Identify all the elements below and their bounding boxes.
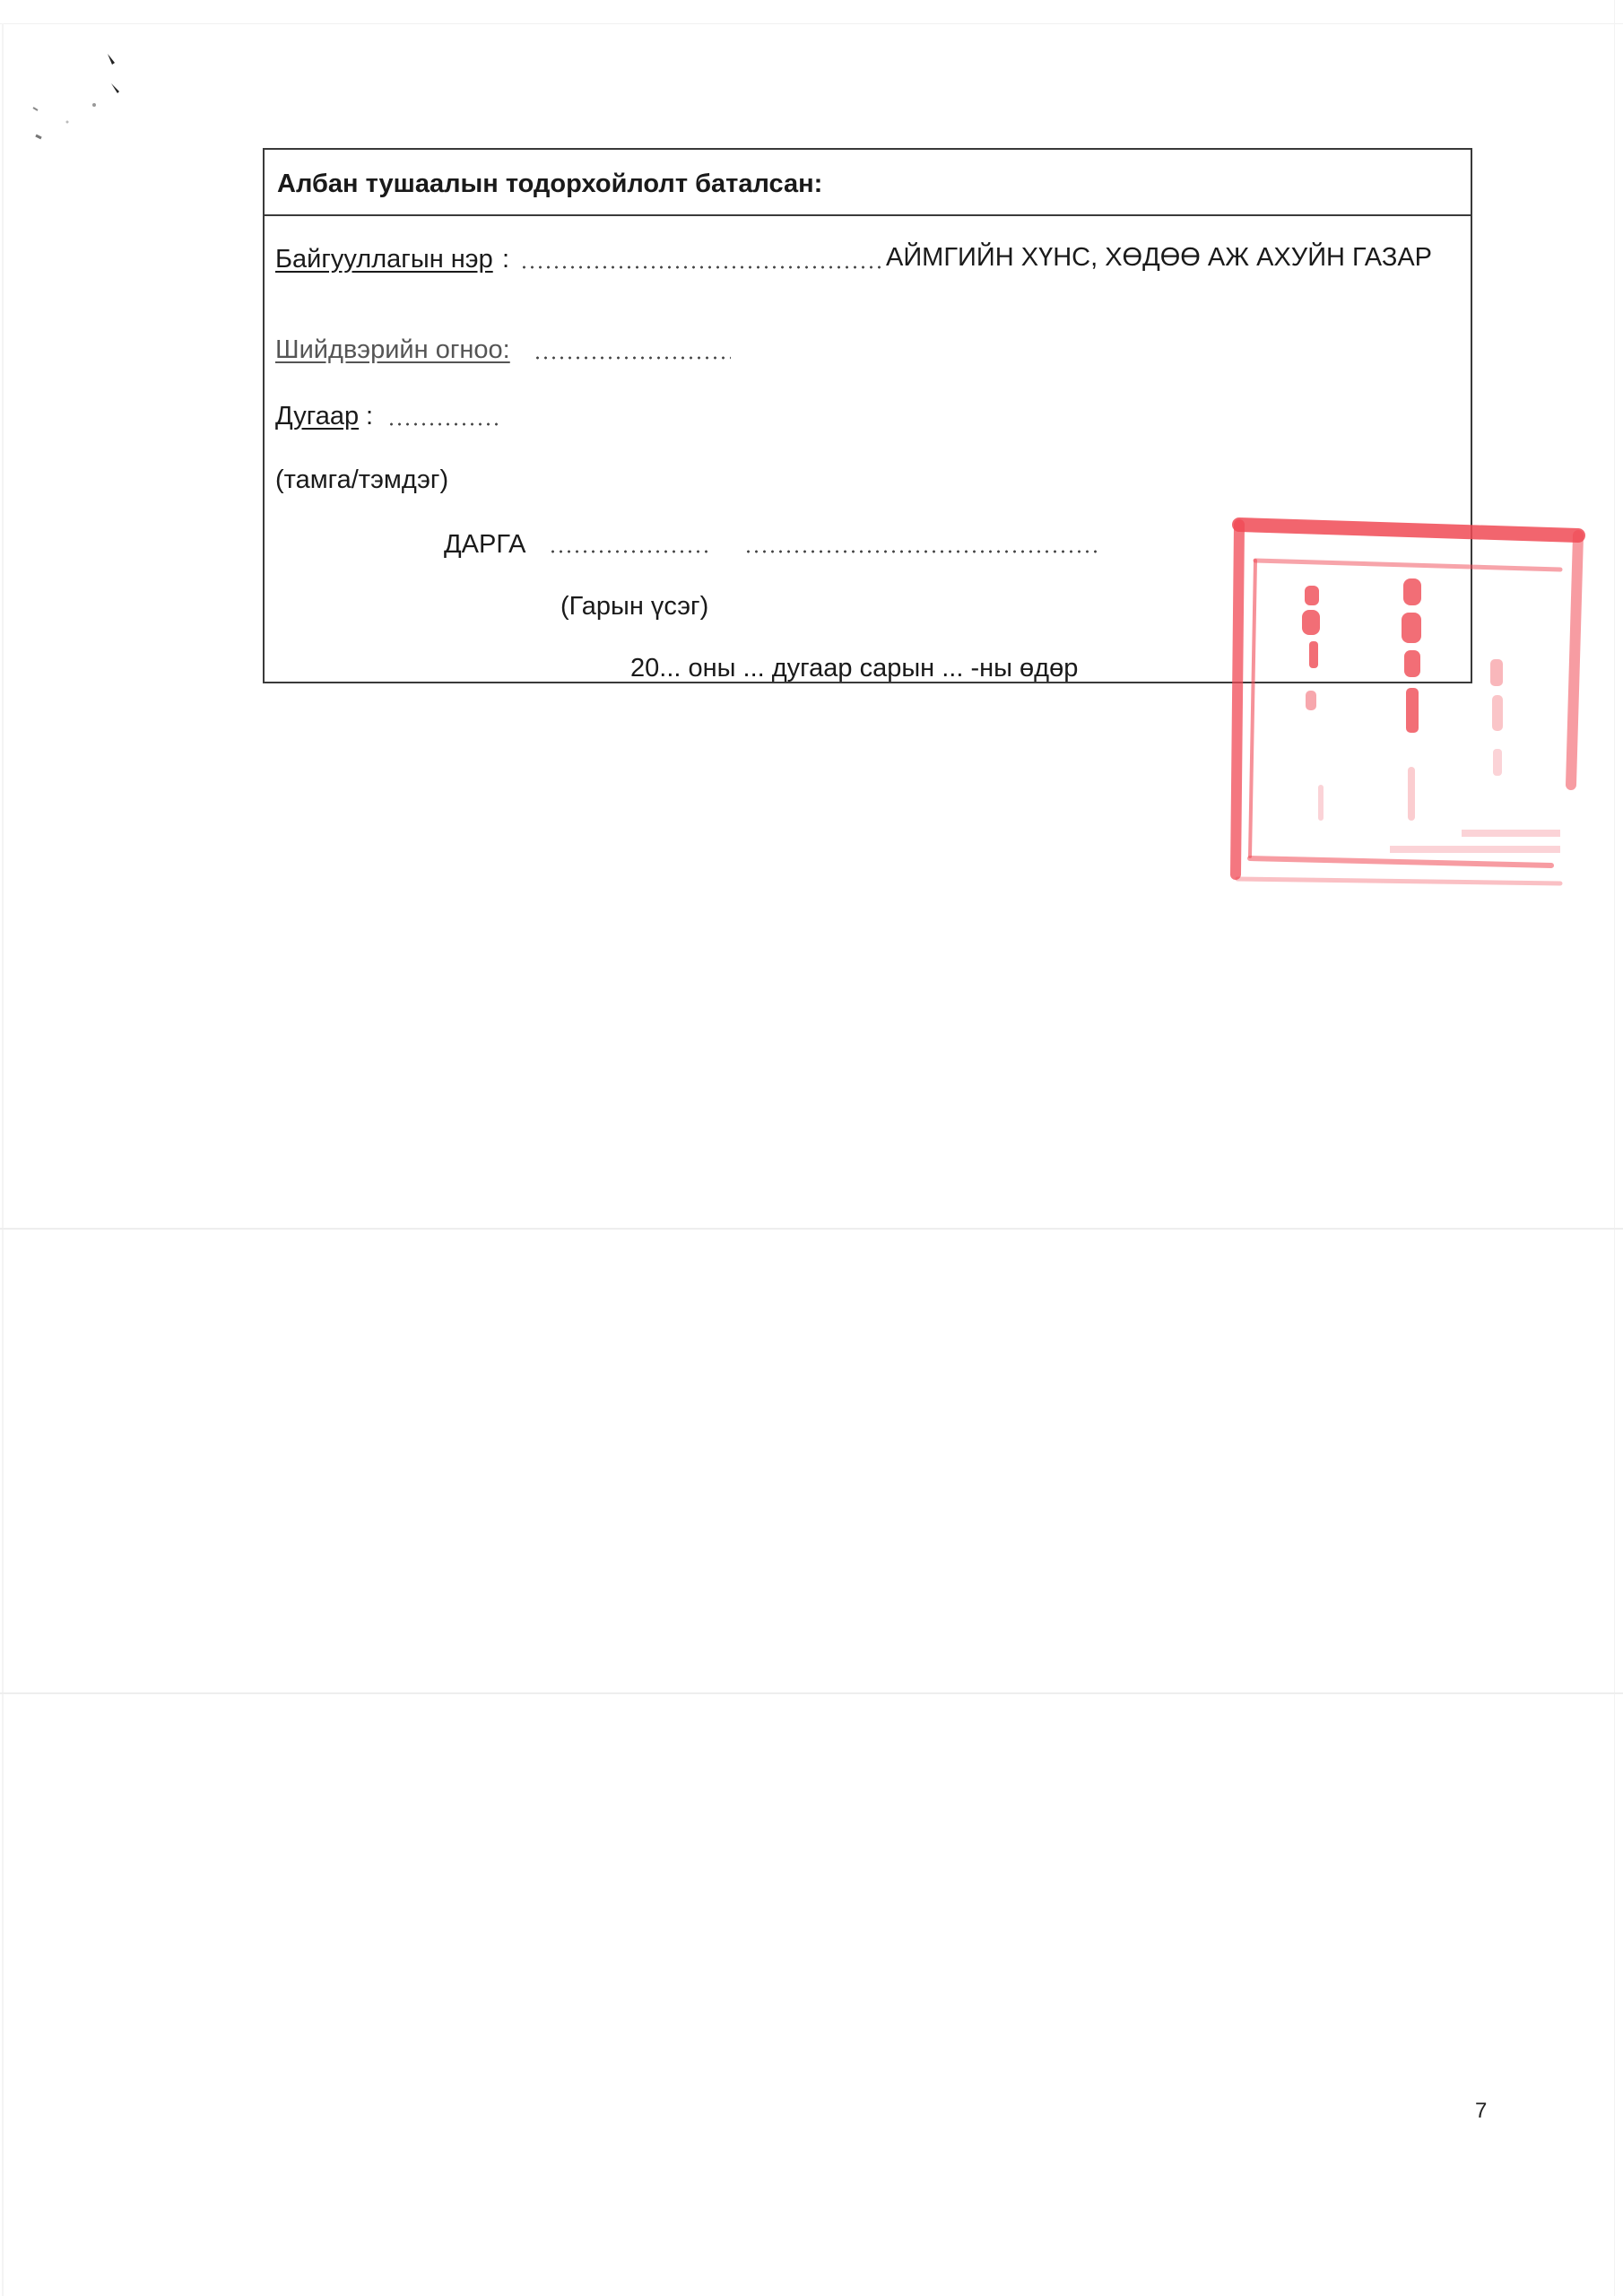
scan-edge-top [0,23,1623,24]
scan-edge-right [1614,0,1615,2296]
fold-line [0,1228,1623,1230]
number-field[interactable] [387,422,502,426]
scan-specks [0,0,179,152]
date-line: 20... оны ... дугаар сарын ... -ны өдөр [630,656,1078,682]
signatory-name-field[interactable] [549,550,710,553]
number-colon: : [366,404,373,430]
seal-note: (тамга/тэмдэг) [275,467,448,493]
approval-form: Албан тушаалын тодорхойлолт баталсан: [263,148,1472,683]
organization-label: Байгууллагын нэр [275,247,493,273]
signatory-title: ДАРГА [444,532,525,558]
number-label: Дугаар [275,404,359,430]
decision-date-field[interactable] [534,356,731,360]
organization-value[interactable]: АЙМГИЙН ХҮНС, ХӨДӨӨ АЖ АХУЙН ГАЗАР [886,245,1432,271]
decision-date-label: Шийдвэрийн огноо: [275,337,510,363]
signature-note: (Гарын үсэг) [560,594,708,620]
section-title: Албан тушаалын тодорхойлолт баталсан: [277,171,822,197]
fold-line [0,1692,1623,1694]
page-number: 7 [1475,2099,1487,2124]
scan-edge-left [2,23,4,2296]
organization-leader [520,265,883,269]
organization-colon: : [502,247,509,273]
form-header: Албан тушаалын тодорхойлолт баталсан: [265,150,1471,216]
signature-field[interactable] [744,550,1098,553]
